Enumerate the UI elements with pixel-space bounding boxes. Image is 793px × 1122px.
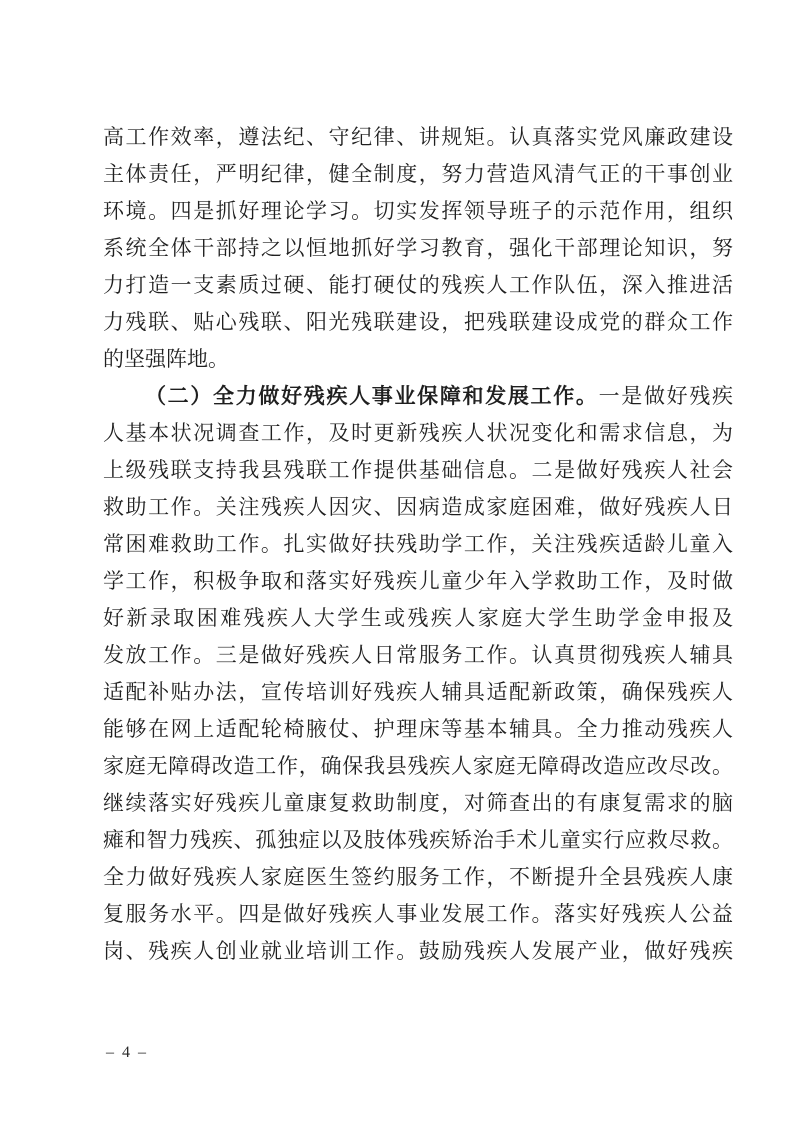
text-line: 环境。四是抓好理论学习。切实发挥领导班子的示范作用，组织 bbox=[103, 193, 733, 230]
section-heading-continuation: 一是做好残疾 bbox=[599, 384, 733, 408]
text-line: 力残联、贴心残联、阳光残联建设，把残联建设成党的群众工作 bbox=[103, 304, 733, 341]
document-page: 高工作效率，遵法纪、守纪律、讲规矩。认真落实党风廉政建设 主体责任，严明纪律，健… bbox=[0, 0, 793, 1122]
text-line: 的坚强阵地。 bbox=[103, 341, 733, 378]
text-line: 力打造一支素质过硬、能打硬仗的残疾人工作队伍，深入推进活 bbox=[103, 267, 733, 304]
section-heading: （二）全力做好残疾人事业保障和发展工作。 bbox=[145, 384, 599, 408]
text-line: 学工作，积极争取和落实好残疾儿童少年入学救助工作，及时做 bbox=[103, 563, 733, 600]
document-body: 高工作效率，遵法纪、守纪律、讲规矩。认真落实党风廉政建设 主体责任，严明纪律，健… bbox=[103, 119, 733, 970]
text-line: 发放工作。三是做好残疾人日常服务工作。认真贯彻残疾人辅具 bbox=[103, 637, 733, 674]
text-line: 常困难救助工作。扎实做好扶残助学工作，关注残疾适龄儿童入 bbox=[103, 526, 733, 563]
text-line: 家庭无障碍改造工作，确保我县残疾人家庭无障碍改造应改尽改。 bbox=[103, 748, 733, 785]
text-line: 岗、残疾人创业就业培训工作。鼓励残疾人发展产业，做好残疾 bbox=[103, 933, 733, 970]
text-line: 好新录取困难残疾人大学生或残疾人家庭大学生助学金申报及 bbox=[103, 600, 733, 637]
text-line: 人基本状况调查工作，及时更新残疾人状况变化和需求信息，为 bbox=[103, 415, 733, 452]
section-heading-line: （二）全力做好残疾人事业保障和发展工作。一是做好残疾 bbox=[103, 378, 733, 415]
page-number: – 4 – bbox=[106, 1041, 148, 1065]
text-line: 救助工作。关注残疾人因灾、因病造成家庭困难，做好残疾人日 bbox=[103, 489, 733, 526]
text-line: 主体责任，严明纪律，健全制度，努力营造风清气正的干事创业 bbox=[103, 156, 733, 193]
text-line: 系统全体干部持之以恒地抓好学习教育，强化干部理论知识，努 bbox=[103, 230, 733, 267]
text-line: 能够在网上适配轮椅腋仗、护理床等基本辅具。全力推动残疾人 bbox=[103, 711, 733, 748]
text-line: 复服务水平。四是做好残疾人事业发展工作。落实好残疾人公益 bbox=[103, 896, 733, 933]
text-line: 适配补贴办法，宣传培训好残疾人辅具适配新政策，确保残疾人 bbox=[103, 674, 733, 711]
text-line: 全力做好残疾人家庭医生签约服务工作，不断提升全县残疾人康 bbox=[103, 859, 733, 896]
text-line: 继续落实好残疾儿童康复救助制度，对筛查出的有康复需求的脑 bbox=[103, 785, 733, 822]
text-line: 上级残联支持我县残联工作提供基础信息。二是做好残疾人社会 bbox=[103, 452, 733, 489]
text-line: 高工作效率，遵法纪、守纪律、讲规矩。认真落实党风廉政建设 bbox=[103, 119, 733, 156]
text-line: 瘫和智力残疾、孤独症以及肢体残疾矫治手术儿童实行应救尽救。 bbox=[103, 822, 733, 859]
